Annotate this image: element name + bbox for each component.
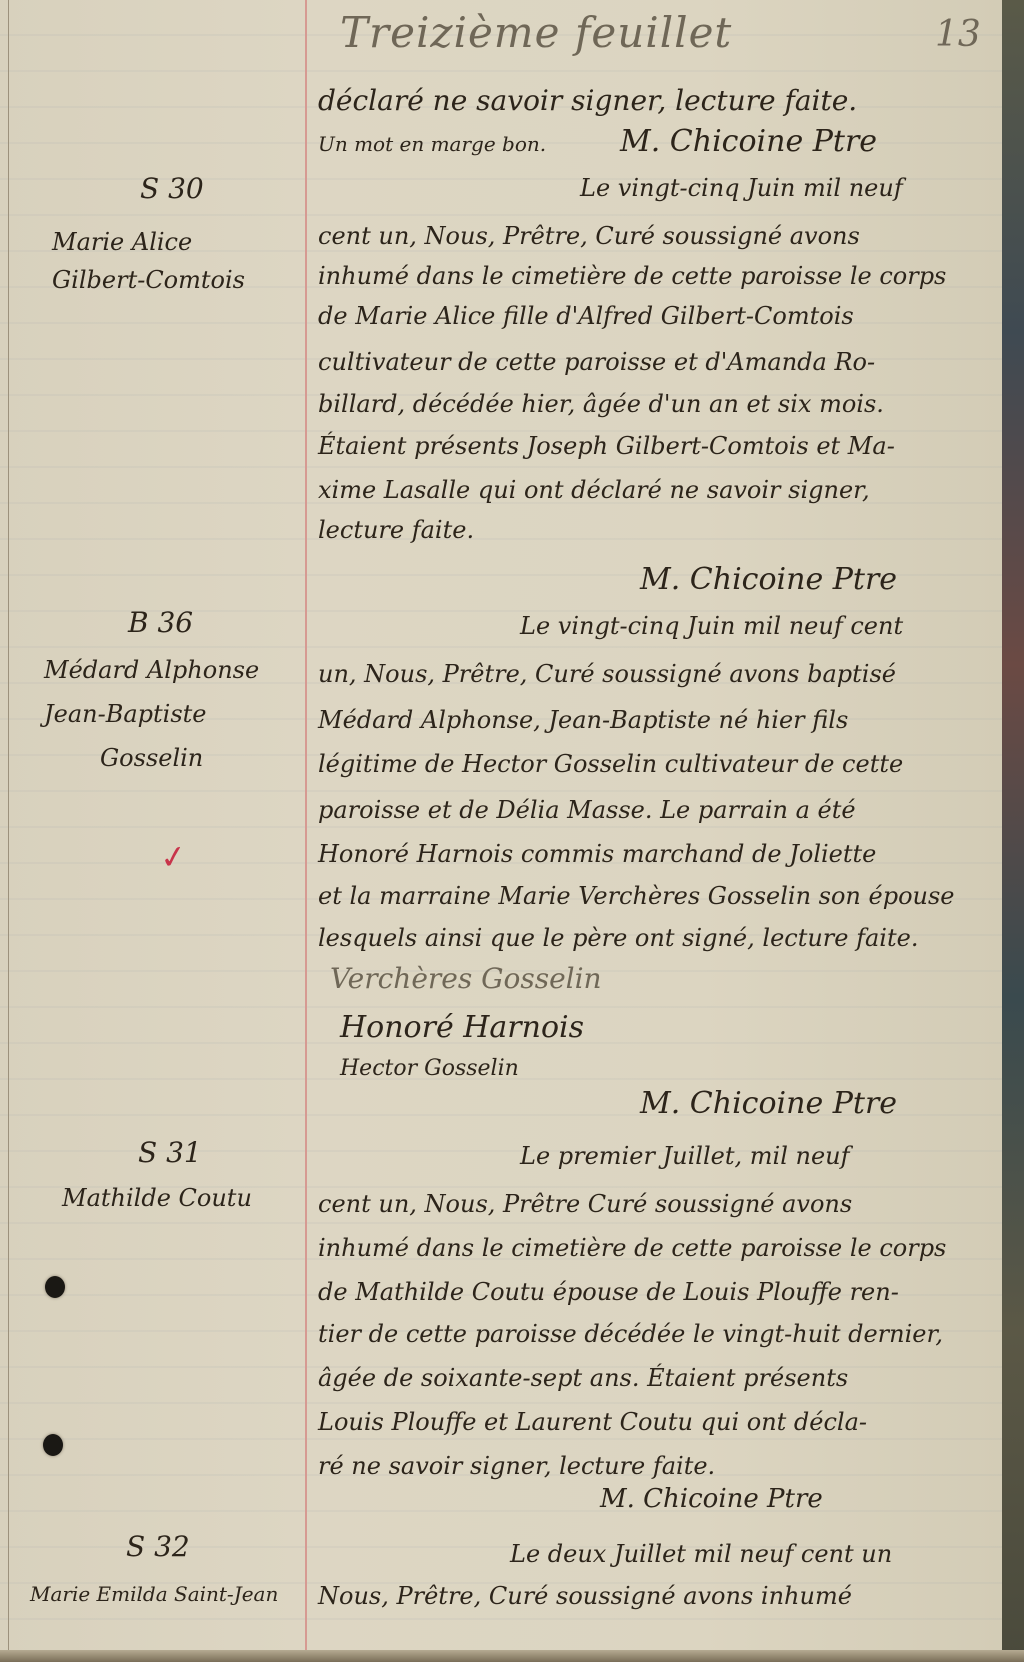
entry-line: légitime de Hector Gosselin cultivateur … — [318, 750, 903, 778]
entry-line: Louis Plouffe et Laurent Coutu qui ont d… — [318, 1408, 867, 1436]
entry-line: lecture faite. — [318, 516, 474, 544]
entry-name: Marie Alice — [52, 228, 192, 256]
entry-line: lesquels ainsi que le père ont signé, le… — [318, 924, 918, 952]
page-title: Treizième feuillet — [340, 8, 732, 57]
entry-name: Jean-Baptiste — [44, 700, 207, 728]
red-margin-line — [305, 0, 307, 1650]
entry-name: Marie Emilda Saint-Jean — [30, 1582, 278, 1606]
entry-line: Médard Alphonse, Jean-Baptiste né hier f… — [318, 706, 848, 734]
priest-signature: M. Chicoine Ptre — [640, 562, 897, 597]
priest-signature: M. Chicoine Ptre — [600, 1484, 823, 1514]
entry-line: Nous, Prêtre, Curé soussigné avons inhum… — [318, 1582, 852, 1610]
page-number: 13 — [935, 14, 981, 55]
punch-hole — [45, 1276, 65, 1298]
priest-signature: M. Chicoine Ptre — [620, 124, 877, 159]
entry-line: Le premier Juillet, mil neuf — [520, 1142, 850, 1170]
witness-signature: Verchères Gosselin — [330, 962, 602, 995]
entry-line: de Marie Alice fille d'Alfred Gilbert-Co… — [318, 302, 854, 330]
entry-line: âgée de soixante-sept ans. Étaient prése… — [318, 1364, 848, 1392]
marginal-note: Un mot en marge bon. — [318, 132, 546, 156]
entry-line: inhumé dans le cimetière de cette parois… — [318, 1234, 946, 1262]
entry-line: Le vingt-cinq Juin mil neuf — [580, 174, 903, 202]
entry-name: Gosselin — [100, 744, 203, 772]
entry-number: B 36 — [128, 606, 193, 639]
witness-signature: Honoré Harnois — [340, 1010, 584, 1045]
entry-line: un, Nous, Prêtre, Curé soussigné avons b… — [318, 660, 896, 688]
witness-signature: Hector Gosselin — [340, 1056, 519, 1081]
entry-line: Le deux Juillet mil neuf cent un — [510, 1540, 892, 1568]
entry-line: cultivateur de cette paroisse et d'Amand… — [318, 348, 875, 376]
entry-line: et la marraine Marie Verchères Gosselin … — [318, 882, 955, 910]
entry-line: xime Lasalle qui ont déclaré ne savoir s… — [318, 476, 870, 504]
punch-hole — [43, 1434, 63, 1456]
entry-line: billard, décédée hier, âgée d'un an et s… — [318, 390, 884, 418]
register-page: Treizième feuillet 13 déclaré ne savoir … — [0, 0, 1004, 1650]
entry-line: cent un, Nous, Prêtre, Curé soussigné av… — [318, 222, 860, 250]
page-bottom-edge — [0, 1650, 1024, 1662]
entry-line: ré ne savoir signer, lecture faite. — [318, 1452, 715, 1480]
book-binding-edge — [1002, 0, 1024, 1662]
entry-line: cent un, Nous, Prêtre Curé soussigné avo… — [318, 1190, 852, 1218]
entry-number: S 32 — [126, 1530, 190, 1563]
entry-number: S 30 — [140, 172, 204, 205]
entry-line: inhumé dans le cimetière de cette parois… — [318, 262, 946, 290]
continuation-line: déclaré ne savoir signer, lecture faite. — [318, 84, 857, 117]
entry-name: Mathilde Coutu — [62, 1184, 252, 1212]
entry-line: paroisse et de Délia Masse. Le parrain a… — [318, 796, 856, 824]
entry-line: tier de cette paroisse décédée le vingt-… — [318, 1320, 943, 1348]
entry-line: Honoré Harnois commis marchand de Joliet… — [318, 840, 876, 868]
entry-name: Médard Alphonse — [44, 656, 259, 684]
red-check-mark: ✓ — [157, 836, 189, 877]
entry-number: S 31 — [138, 1136, 202, 1169]
priest-signature: M. Chicoine Ptre — [640, 1086, 897, 1121]
entry-line: Étaient présents Joseph Gilbert-Comtois … — [318, 432, 895, 460]
entry-line: Le vingt-cinq Juin mil neuf cent — [520, 612, 903, 640]
entry-name: Gilbert-Comtois — [52, 266, 245, 294]
entry-line: de Mathilde Coutu épouse de Louis Plouff… — [318, 1278, 899, 1306]
left-rule-line — [8, 0, 9, 1650]
